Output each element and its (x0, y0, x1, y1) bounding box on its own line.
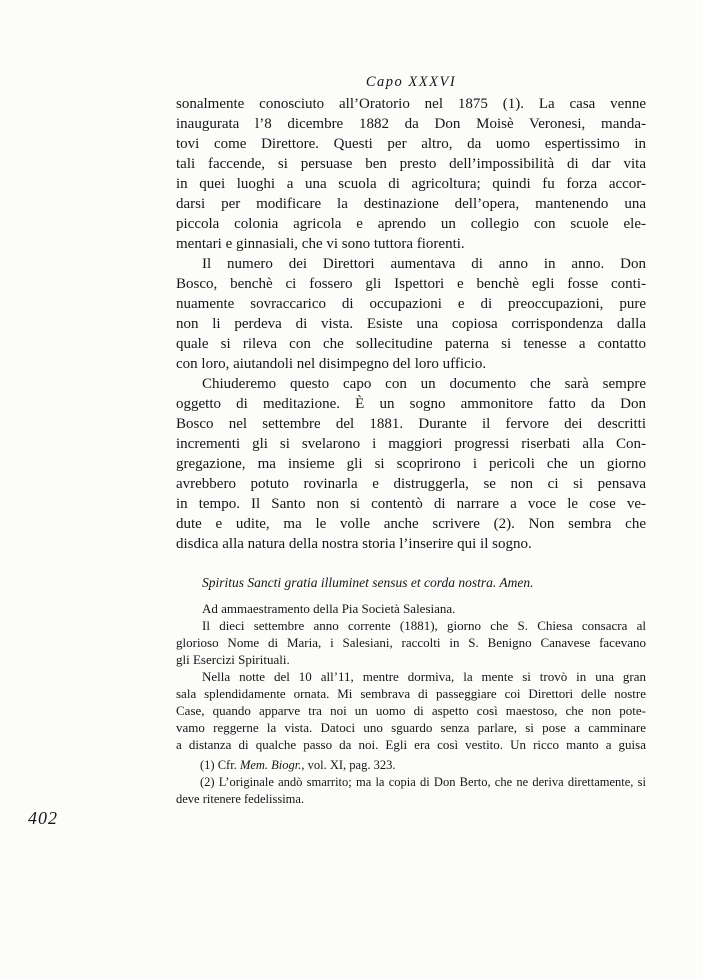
text-line: quale si rileva con che sollecitudine pa… (176, 334, 646, 354)
text-line: con loro, aiutandoli nel disimpegno del … (176, 354, 646, 374)
footnote-1-suffix: , vol. XI, pag. 323. (301, 758, 395, 772)
dream-intro-line: Ad ammaestramento della Pia Società Sale… (176, 600, 646, 617)
text-line: deve ritenere fedelissima. (176, 791, 646, 808)
footnote-1-prefix: (1) Cfr. (200, 758, 240, 772)
text-block: Capo XXXVI sonalmente conosciuto all’Ora… (176, 0, 646, 979)
text-line: tovi come Direttore. Questi per altro, d… (176, 134, 646, 154)
text-line: sonalmente conosciuto all’Oratorio nel 1… (176, 94, 646, 114)
page-number: 402 (28, 808, 58, 829)
dream-paragraph-1: Il dieci settembre anno corrente (1881),… (176, 617, 646, 668)
text-line: (2) L’originale andò smarrito; ma la cop… (176, 774, 646, 791)
text-line: piccola colonia agricola e aprendo un co… (176, 214, 646, 234)
text-line: gli Esercizi Spirituali. (176, 651, 646, 668)
text-line: vamo reggerne la vista. Datoci uno sguar… (176, 719, 646, 736)
scanned-book-page: { "page": { "running_head": "Capo XXXVI"… (0, 0, 703, 979)
text-line: gregazione, ma insieme gli si scoprirono… (176, 454, 646, 474)
text-line: Nella notte del 10 all’11, mentre dormiv… (176, 668, 646, 685)
text-line: in tempo. Il Santo non si contentò di na… (176, 494, 646, 514)
main-body-text: sonalmente conosciuto all’Oratorio nel 1… (176, 94, 646, 554)
text-line: Bosco nel settembre del 1881. Durante il… (176, 414, 646, 434)
text-line: oggetto di meditazione. È un sogno ammon… (176, 394, 646, 414)
text-line: avrebbero potuto rovinarla e distruggerl… (176, 474, 646, 494)
text-line: inaugurata l’8 dicembre 1882 da Don Mois… (176, 114, 646, 134)
running-head-chapter-title: Capo XXXVI (176, 74, 646, 91)
footnote-2: (2) L’originale andò smarrito; ma la cop… (176, 774, 646, 808)
text-line: Chiuderemo questo capo con un documento … (176, 374, 646, 394)
footnotes-section: (1) Cfr. Mem. Biogr., vol. XI, pag. 323.… (176, 757, 646, 808)
body-paragraph-3: Chiuderemo questo capo con un documento … (176, 374, 646, 554)
text-line: in quei luoghi a una scuola di agricoltu… (176, 174, 646, 194)
text-line: tali faccende, si persuase ben presto de… (176, 154, 646, 174)
text-line: mentari e ginnasiali, che vi sono tuttor… (176, 234, 646, 254)
text-line: Il dieci settembre anno corrente (1881),… (176, 617, 646, 634)
text-line: Il numero dei Direttori aumentava di ann… (176, 254, 646, 274)
text-line: Bosco, benchè ci fossero gli Ispettori e… (176, 274, 646, 294)
text-line: glorioso Nome di Maria, i Salesiani, rac… (176, 634, 646, 651)
text-line: disdica alla natura della nostra storia … (176, 534, 646, 554)
dream-paragraph-2: Nella notte del 10 all’11, mentre dormiv… (176, 668, 646, 753)
text-line: sala splendidamente ornata. Mi sembrava … (176, 685, 646, 702)
text-line: dute e udite, ma le volle anche scrivere… (176, 514, 646, 534)
latin-invocation-line: Spiritus Sancti gratia illuminet sensus … (176, 574, 646, 591)
footnote-1: (1) Cfr. Mem. Biogr., vol. XI, pag. 323. (176, 757, 646, 774)
text-line: a distanza di qualche passo da noi. Egli… (176, 736, 646, 753)
body-paragraph-1: sonalmente conosciuto all’Oratorio nel 1… (176, 94, 646, 254)
body-paragraph-2: Il numero dei Direttori aumentava di ann… (176, 254, 646, 374)
text-line: darsi per modificare la destinazione del… (176, 194, 646, 214)
text-line: nuamente sovraccarico di occupazioni e d… (176, 294, 646, 314)
footnote-1-work-title: Mem. Biogr. (240, 758, 301, 772)
text-line: incrementi gli si svelarono i maggiori p… (176, 434, 646, 454)
text-line: non li perdeva di vista. Esiste una copi… (176, 314, 646, 334)
text-line: Case, quando apparve tra noi un uomo di … (176, 702, 646, 719)
